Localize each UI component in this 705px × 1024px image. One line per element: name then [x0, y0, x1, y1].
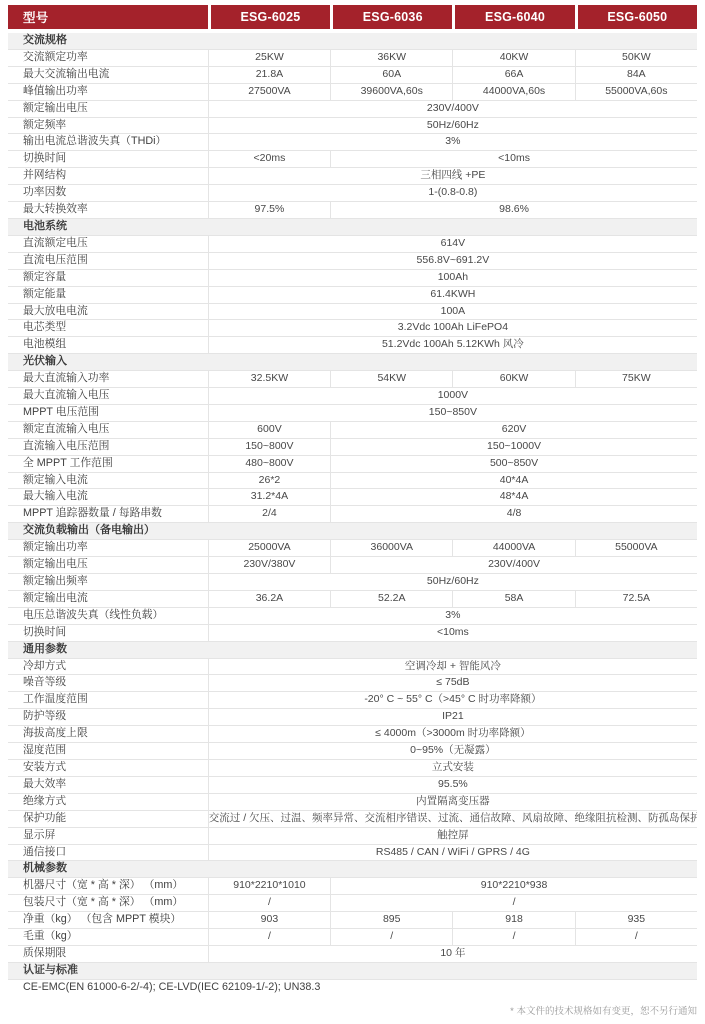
- spec-row: MPPT 追踪器数量 / 每路串数2/44/8: [8, 506, 697, 523]
- spec-value-cell: 150~800V: [208, 439, 330, 456]
- spec-row: 最大转换效率97.5%98.6%: [8, 202, 697, 219]
- spec-value-cell: 10 年: [208, 946, 697, 963]
- spec-row: 最大直流输入功率32.5KW54KW60KW75KW: [8, 371, 697, 388]
- spec-value-cell: 立式安装: [208, 760, 697, 777]
- spec-row: 切换时间<20ms<10ms: [8, 151, 697, 168]
- spec-row: 工作温度范围-20° C ~ 55° C（>45° C 时功率降额）: [8, 692, 697, 709]
- spec-value-cell: 150~850V: [208, 405, 697, 422]
- spec-value-cell: 3.2Vdc 100Ah LiFePO4: [208, 320, 697, 337]
- spec-label-cell: 额定频率: [8, 118, 208, 135]
- model-name-header-1: ESG-6025: [208, 5, 330, 33]
- spec-label-cell: 额定能量: [8, 287, 208, 304]
- spec-row: 额定输出电流36.2A52.2A58A72.5A: [8, 591, 697, 608]
- spec-value-cell: 97.5%: [208, 202, 330, 219]
- spec-value-cell: 614V: [208, 236, 697, 253]
- spec-row: 电池模组51.2Vdc 100Ah 5.12KWh 风冷: [8, 337, 697, 354]
- model-name-header-3: ESG-6040: [452, 5, 574, 33]
- spec-value-cell: 230V/380V: [208, 557, 330, 574]
- spec-value-cell: 44000VA: [452, 540, 574, 557]
- spec-label-cell: 防护等级: [8, 709, 208, 726]
- spec-row: 冷却方式空调冷却 + 智能风冷: [8, 659, 697, 676]
- spec-value-cell: 32.5KW: [208, 371, 330, 388]
- spec-row: 额定能量61.4KWH: [8, 287, 697, 304]
- spec-value-cell: /: [575, 929, 697, 946]
- spec-label-cell: 机器尺寸（宽 * 高 * 深） （mm）: [8, 878, 208, 895]
- section-header-row: 电池系统: [8, 219, 697, 236]
- spec-value-cell: <20ms: [208, 151, 330, 168]
- spec-value-cell: 40*4A: [330, 473, 697, 490]
- spec-label-cell: 额定输出功率: [8, 540, 208, 557]
- spec-row: CE-EMC(EN 61000-6-2/-4); CE-LVD(IEC 6210…: [8, 980, 697, 996]
- spec-table: 型号 ESG-6025 ESG-6036 ESG-6040 ESG-6050 交…: [8, 5, 697, 996]
- spec-value-cell: -20° C ~ 55° C（>45° C 时功率降额）: [208, 692, 697, 709]
- spec-value-cell: 84A: [575, 67, 697, 84]
- spec-value-cell: 910*2210*1010: [208, 878, 330, 895]
- spec-value-cell: /: [452, 929, 574, 946]
- spec-label-cell: 最大放电电流: [8, 304, 208, 321]
- spec-row: 最大直流输入电压1000V: [8, 388, 697, 405]
- spec-row: 直流电压范围556.8V~691.2V: [8, 253, 697, 270]
- spec-value-cell: 0~95%（无凝露）: [208, 743, 697, 760]
- spec-value-cell: 25000VA: [208, 540, 330, 557]
- spec-value-cell: ≤ 4000m（>3000m 时功率降额）: [208, 726, 697, 743]
- spec-label-cell: 最大输入电流: [8, 489, 208, 506]
- spec-value-cell: 480~800V: [208, 456, 330, 473]
- spec-value-cell: <10ms: [330, 151, 697, 168]
- spec-label-cell: 直流输入电压范围: [8, 439, 208, 456]
- spec-label-cell: 净重（kg） （包含 MPPT 模块）: [8, 912, 208, 929]
- spec-value-cell: 55000VA: [575, 540, 697, 557]
- spec-label-cell: 功率因数: [8, 185, 208, 202]
- spec-row: 质保期限10 年: [8, 946, 697, 963]
- spec-label-cell: 湿度范围: [8, 743, 208, 760]
- spec-label-cell: MPPT 电压范围: [8, 405, 208, 422]
- spec-row: 直流输入电压范围150~800V150~1000V: [8, 439, 697, 456]
- spec-label-cell: 直流额定电压: [8, 236, 208, 253]
- spec-label-cell: 通信接口: [8, 845, 208, 862]
- spec-value-cell: 48*4A: [330, 489, 697, 506]
- spec-value-cell: 1-(0.8-0.8): [208, 185, 697, 202]
- spec-value-cell: 75KW: [575, 371, 697, 388]
- spec-label-cell: 冷却方式: [8, 659, 208, 676]
- spec-label-cell: 额定输入电流: [8, 473, 208, 490]
- section-title: 交流规格: [8, 33, 697, 50]
- spec-label-cell: 最大转换效率: [8, 202, 208, 219]
- spec-value-cell: /: [330, 929, 452, 946]
- spec-value-cell: <10ms: [208, 625, 697, 642]
- spec-row: 全 MPPT 工作范围480~800V500~850V: [8, 456, 697, 473]
- spec-value-cell: 36000VA: [330, 540, 452, 557]
- spec-value-cell: 95.5%: [208, 777, 697, 794]
- spec-value-cell: 72.5A: [575, 591, 697, 608]
- spec-row: 最大输入电流31.2*4A48*4A: [8, 489, 697, 506]
- spec-row: 净重（kg） （包含 MPPT 模块）903895918935: [8, 912, 697, 929]
- section-header-row: 光伏输入: [8, 354, 697, 371]
- spec-value-cell: 54KW: [330, 371, 452, 388]
- spec-value-cell: 60A: [330, 67, 452, 84]
- section-header-row: 通用参数: [8, 642, 697, 659]
- spec-row: 功率因数1-(0.8-0.8): [8, 185, 697, 202]
- spec-label-cell: 最大直流输入电压: [8, 388, 208, 405]
- spec-label-cell: 海拔高度上限: [8, 726, 208, 743]
- spec-value-cell: 52.2A: [330, 591, 452, 608]
- spec-row: 电芯类型3.2Vdc 100Ah LiFePO4: [8, 320, 697, 337]
- spec-label-cell: 交流额定功率: [8, 50, 208, 67]
- spec-row: 毛重（kg）////: [8, 929, 697, 946]
- section-title: 通用参数: [8, 642, 697, 659]
- spec-label-cell: 峰值输出功率: [8, 84, 208, 101]
- spec-row: 通信接口RS485 / CAN / WiFi / GPRS / 4G: [8, 845, 697, 862]
- spec-row: 绝缘方式内置隔离变压器: [8, 794, 697, 811]
- spec-value-cell: 98.6%: [330, 202, 697, 219]
- spec-row: 额定容量100Ah: [8, 270, 697, 287]
- spec-value-cell: 935: [575, 912, 697, 929]
- spec-label-cell: 额定输出电流: [8, 591, 208, 608]
- section-header-row: 交流负载输出（备电输出）: [8, 523, 697, 540]
- spec-value-cell: 36.2A: [208, 591, 330, 608]
- spec-value-cell: 44000VA,60s: [452, 84, 574, 101]
- spec-label-cell: 最大交流输出电流: [8, 67, 208, 84]
- spec-value-cell: 61.4KWH: [208, 287, 697, 304]
- spec-row: 安装方式立式安装: [8, 760, 697, 777]
- spec-value-cell: 空调冷却 + 智能风冷: [208, 659, 697, 676]
- spec-value-cell: 918: [452, 912, 574, 929]
- spec-label-cell: 输出电流总谐波失真（THDi）: [8, 134, 208, 151]
- spec-value-cell: /: [208, 895, 330, 912]
- spec-label-cell: MPPT 追踪器数量 / 每路串数: [8, 506, 208, 523]
- spec-row: 额定直流输入电压600V620V: [8, 422, 697, 439]
- spec-table-body: 交流规格交流额定功率25KW36KW40KW50KW最大交流输出电流21.8A6…: [8, 33, 697, 996]
- spec-row: 额定输入电流26*240*4A: [8, 473, 697, 490]
- spec-value-cell: 交流过 / 欠压、过温、频率异常、交流相序错误、过流、通信故障、风扇故障、绝缘阻…: [208, 811, 697, 828]
- spec-row: 额定频率50Hz/60Hz: [8, 118, 697, 135]
- spec-value-cell: 910*2210*938: [330, 878, 697, 895]
- spec-row: 直流额定电压614V: [8, 236, 697, 253]
- spec-row: 湿度范围0~95%（无凝露）: [8, 743, 697, 760]
- spec-value-cell: 903: [208, 912, 330, 929]
- spec-label-cell: 电芯类型: [8, 320, 208, 337]
- spec-label-cell: 额定输出电压: [8, 101, 208, 118]
- spec-value-cell: /: [330, 895, 697, 912]
- spec-value-cell: 31.2*4A: [208, 489, 330, 506]
- spec-value-cell: 556.8V~691.2V: [208, 253, 697, 270]
- spec-label-cell: 额定直流输入电压: [8, 422, 208, 439]
- spec-value-cell: 100Ah: [208, 270, 697, 287]
- spec-row: 保护功能交流过 / 欠压、过温、频率异常、交流相序错误、过流、通信故障、风扇故障…: [8, 811, 697, 828]
- spec-row: 额定输出电压230V/400V: [8, 101, 697, 118]
- footnote: * 本文件的技术规格如有变更，恕不另行通知: [8, 1003, 697, 1017]
- spec-label-cell: 保护功能: [8, 811, 208, 828]
- section-title: 电池系统: [8, 219, 697, 236]
- spec-value-cell: 21.8A: [208, 67, 330, 84]
- spec-label-cell: 最大直流输入功率: [8, 371, 208, 388]
- spec-row: 切换时间<10ms: [8, 625, 697, 642]
- spec-value-cell: 58A: [452, 591, 574, 608]
- model-header-row: 型号 ESG-6025 ESG-6036 ESG-6040 ESG-6050: [8, 5, 697, 33]
- spec-value-cell: /: [208, 929, 330, 946]
- spec-value-cell: 620V: [330, 422, 697, 439]
- spec-value-cell: 500~850V: [330, 456, 697, 473]
- spec-value-cell: 内置隔离变压器: [208, 794, 697, 811]
- spec-value-cell: 60KW: [452, 371, 574, 388]
- spec-value-cell: 895: [330, 912, 452, 929]
- spec-value-cell: IP21: [208, 709, 697, 726]
- spec-label-cell: 质保期限: [8, 946, 208, 963]
- spec-row: 额定输出功率25000VA36000VA44000VA55000VA: [8, 540, 697, 557]
- section-header-row: 交流规格: [8, 33, 697, 50]
- spec-label-cell: 电池模组: [8, 337, 208, 354]
- spec-row: MPPT 电压范围150~850V: [8, 405, 697, 422]
- section-title: 机械参数: [8, 861, 697, 878]
- spec-value-cell: 230V/400V: [330, 557, 697, 574]
- spec-label-cell: 安装方式: [8, 760, 208, 777]
- spec-row: 显示屏触控屏: [8, 828, 697, 845]
- spec-value-cell: RS485 / CAN / WiFi / GPRS / 4G: [208, 845, 697, 862]
- spec-row: 包装尺寸（宽 * 高 * 深） （mm）//: [8, 895, 697, 912]
- spec-label-cell: 额定容量: [8, 270, 208, 287]
- section-title: 认证与标准: [8, 963, 697, 980]
- spec-value-cell: 39600VA,60s: [330, 84, 452, 101]
- spec-row: 最大交流输出电流21.8A60A66A84A: [8, 67, 697, 84]
- spec-label-cell: 毛重（kg）: [8, 929, 208, 946]
- spec-value-cell: 2/4: [208, 506, 330, 523]
- spec-row: 最大放电电流100A: [8, 304, 697, 321]
- spec-label-cell: 电压总谐波失真（线性负载）: [8, 608, 208, 625]
- spec-label-cell: 噪音等级: [8, 675, 208, 692]
- spec-value-cell: 26*2: [208, 473, 330, 490]
- spec-label-cell: 直流电压范围: [8, 253, 208, 270]
- spec-value-cell: 55000VA,60s: [575, 84, 697, 101]
- spec-value-cell: 4/8: [330, 506, 697, 523]
- spec-row: 输出电流总谐波失真（THDi）3%: [8, 134, 697, 151]
- spec-value-cell: 三相四线 +PE: [208, 168, 697, 185]
- spec-row: 并网结构三相四线 +PE: [8, 168, 697, 185]
- spec-value-cell: 600V: [208, 422, 330, 439]
- section-header-row: 机械参数: [8, 861, 697, 878]
- spec-value-cell: 3%: [208, 134, 697, 151]
- spec-value-cell: 36KW: [330, 50, 452, 67]
- spec-value-cell: 触控屏: [208, 828, 697, 845]
- spec-sheet-page: 型号 ESG-6025 ESG-6036 ESG-6040 ESG-6050 交…: [0, 0, 705, 1017]
- spec-row: 机器尺寸（宽 * 高 * 深） （mm）910*2210*1010910*221…: [8, 878, 697, 895]
- section-title: 光伏输入: [8, 354, 697, 371]
- table-header: 型号 ESG-6025 ESG-6036 ESG-6040 ESG-6050: [8, 5, 697, 33]
- model-name-header-2: ESG-6036: [330, 5, 452, 33]
- spec-label-cell: 绝缘方式: [8, 794, 208, 811]
- spec-row: 电压总谐波失真（线性负载）3%: [8, 608, 697, 625]
- spec-row: 额定输出频率50Hz/60Hz: [8, 574, 697, 591]
- spec-value-cell: ≤ 75dB: [208, 675, 697, 692]
- spec-label-cell: 全 MPPT 工作范围: [8, 456, 208, 473]
- spec-label-cell: 包装尺寸（宽 * 高 * 深） （mm）: [8, 895, 208, 912]
- spec-value-cell: 230V/400V: [208, 101, 697, 118]
- model-name-header-4: ESG-6050: [575, 5, 697, 33]
- spec-value-cell: 40KW: [452, 50, 574, 67]
- spec-row: 噪音等级≤ 75dB: [8, 675, 697, 692]
- spec-label-cell: 额定输出频率: [8, 574, 208, 591]
- spec-label-cell: 切换时间: [8, 625, 208, 642]
- spec-value-cell: 25KW: [208, 50, 330, 67]
- spec-value-cell: 50KW: [575, 50, 697, 67]
- spec-label-cell: 最大效率: [8, 777, 208, 794]
- spec-value-cell: 100A: [208, 304, 697, 321]
- spec-label-cell: 切换时间: [8, 151, 208, 168]
- spec-value-cell: 50Hz/60Hz: [208, 118, 697, 135]
- spec-value-cell: 66A: [452, 67, 574, 84]
- spec-value-cell: 50Hz/60Hz: [208, 574, 697, 591]
- section-header-row: 认证与标准: [8, 963, 697, 980]
- certification-text: CE-EMC(EN 61000-6-2/-4); CE-LVD(IEC 6210…: [8, 980, 697, 996]
- spec-value-cell: 27500VA: [208, 84, 330, 101]
- spec-value-cell: 51.2Vdc 100Ah 5.12KWh 风冷: [208, 337, 697, 354]
- section-title: 交流负载输出（备电输出）: [8, 523, 697, 540]
- spec-row: 海拔高度上限≤ 4000m（>3000m 时功率降额）: [8, 726, 697, 743]
- spec-value-cell: 150~1000V: [330, 439, 697, 456]
- spec-row: 防护等级IP21: [8, 709, 697, 726]
- spec-row: 额定输出电压230V/380V230V/400V: [8, 557, 697, 574]
- spec-row: 最大效率95.5%: [8, 777, 697, 794]
- spec-value-cell: 3%: [208, 608, 697, 625]
- spec-row: 交流额定功率25KW36KW40KW50KW: [8, 50, 697, 67]
- spec-value-cell: 1000V: [208, 388, 697, 405]
- spec-row: 峰值输出功率27500VA39600VA,60s44000VA,60s55000…: [8, 84, 697, 101]
- spec-label-cell: 额定输出电压: [8, 557, 208, 574]
- spec-label-cell: 工作温度范围: [8, 692, 208, 709]
- spec-label-cell: 显示屏: [8, 828, 208, 845]
- model-column-header: 型号: [8, 5, 208, 33]
- spec-label-cell: 并网结构: [8, 168, 208, 185]
